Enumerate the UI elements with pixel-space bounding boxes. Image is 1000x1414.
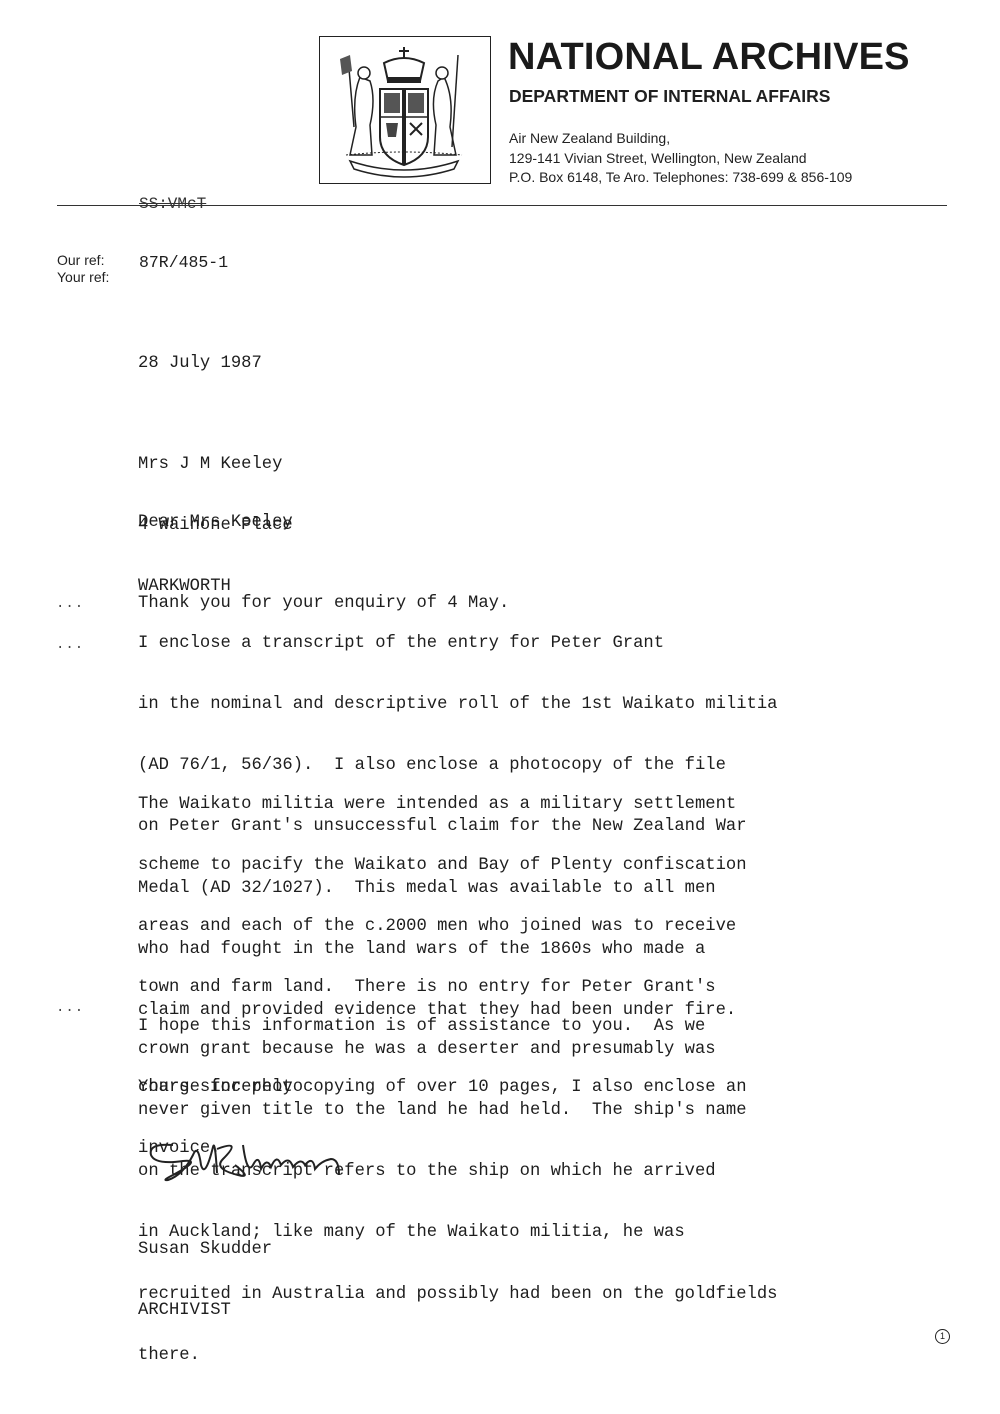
paragraph-line: The Waikato militia were intended as a m…: [138, 795, 777, 815]
signatory-name: Susan Skudder: [138, 1240, 272, 1260]
letterhead-address: Air New Zealand Building, 129-141 Vivian…: [509, 129, 852, 188]
address-line: 129-141 Vivian Street, Wellington, New Z…: [509, 149, 852, 169]
margin-mark: ...: [56, 1000, 84, 1016]
our-ref-label: Our ref:: [57, 252, 104, 268]
letter-date: 28 July 1987: [138, 354, 262, 374]
paragraph-line: in the nominal and descriptive roll of t…: [138, 695, 777, 715]
coat-of-arms-logo: [319, 36, 491, 184]
paragraph-line: I enclose a transcript of the entry for …: [138, 634, 777, 654]
signatory: Susan Skudder ARCHIVIST: [138, 1199, 272, 1342]
recipient-line: Mrs J M Keeley: [138, 455, 293, 475]
address-line: P.O. Box 6148, Te Aro. Telephones: 738-6…: [509, 168, 852, 188]
our-ref-value: 87R/485-1: [139, 253, 228, 272]
your-ref-label: Your ref:: [57, 269, 109, 285]
paragraph-line: areas and each of the c.2000 men who joi…: [138, 917, 777, 937]
page-number: 1: [935, 1329, 950, 1344]
salutation: Dear Mrs Keeley: [138, 513, 293, 533]
closing: Yours sincerely: [138, 1078, 293, 1098]
address-line: Air New Zealand Building,: [509, 129, 852, 149]
paragraph-line: there.: [138, 1346, 777, 1366]
typist-initials: SS:VMcT: [139, 195, 206, 213]
margin-mark: ...: [56, 637, 84, 653]
paragraph-line: I hope this information is of assistance…: [138, 1017, 747, 1037]
paragraph-line: scheme to pacify the Waikato and Bay of …: [138, 856, 777, 876]
department-name: DEPARTMENT OF INTERNAL AFFAIRS: [509, 86, 830, 107]
organization-title: NATIONAL ARCHIVES: [508, 36, 910, 79]
signature-icon: [143, 1135, 358, 1185]
handwritten-signature: [143, 1135, 358, 1190]
nz-crest-icon: [320, 37, 489, 182]
signatory-title: ARCHIVIST: [138, 1301, 272, 1321]
margin-mark: ...: [56, 596, 84, 612]
